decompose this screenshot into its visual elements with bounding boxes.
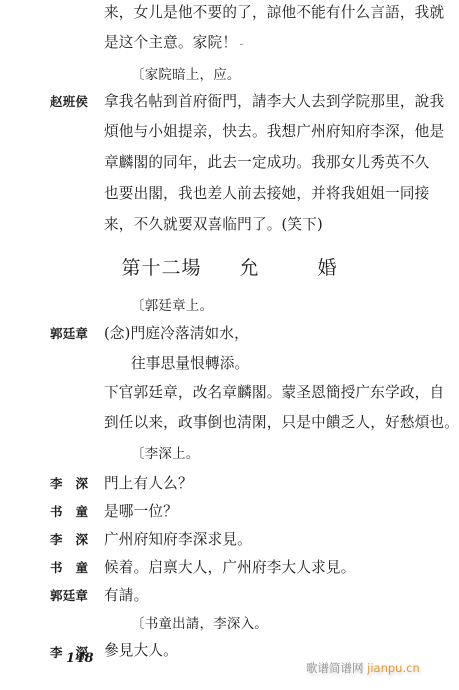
speaker-label: 李深 — [50, 530, 101, 550]
dialogue-line: 有請。 — [104, 586, 148, 606]
speech-line: 到任以来，政事倒也淸閑，只是中饋乏人，好愁煩也。 — [104, 413, 459, 433]
scene-number: 第十二場 — [121, 257, 201, 279]
dialogue-line: 广州府知府李深求見。 — [104, 530, 252, 550]
speaker-label: 郭廷章 — [50, 324, 88, 344]
dialogue-line: 參見大人。 — [104, 641, 178, 661]
page-number: 148 — [66, 649, 94, 669]
speech-line: 下官郭廷章，改名章麟閣。蒙圣恩簡授广东学政，自 — [104, 383, 444, 403]
speaker-label: 赵班侯 — [50, 92, 88, 112]
speaker-label: 书童 — [50, 558, 101, 578]
stage-direction: 〔家院暗上，应。 — [131, 65, 241, 85]
verse-line: 往事思量恨轉添。 — [131, 354, 249, 374]
speech-line: 煩他与小姐提亲，快去。我想广州府知府李深，他是 — [104, 122, 444, 142]
speck — [240, 44, 243, 45]
stage-direction: 〔李深上。 — [131, 444, 200, 464]
speech-line: 也要出閣，我也差人前去接她，并将我姐姐一同接 — [104, 184, 429, 204]
book-page: 倘未婚配，我不免将昭华許配于他，就是吕老头儿回 来，女儿是他不要的了，諒他不能有… — [0, 0, 459, 690]
dialogue-line: 候着。启禀大人，广州府李大人求見。 — [104, 558, 356, 578]
speech-line: 拿我名帖到首府衙門，請李大人去到学院那里，說我 — [104, 92, 444, 112]
watermark-en: jianpu.cn — [367, 661, 420, 675]
speaker-label: 书童 — [50, 502, 101, 522]
scene-title: 第十二場允婚 — [0, 258, 459, 278]
continuation-line: 来，女儿是他不要的了，諒他不能有什么言語，我就 — [104, 3, 444, 23]
watermark: 歌谱简谱网 jianpu.cn — [306, 660, 420, 676]
stage-direction: 〔郭廷章上。 — [131, 296, 213, 316]
watermark-cn: 歌谱简谱网 — [306, 661, 364, 675]
speech-line: 章麟閣的同年，此去一定成功。我那女儿秀英不久 — [104, 153, 429, 173]
scene-name-1: 允 — [239, 257, 259, 279]
verse-line: (念)門庭冷落淸如水， — [104, 324, 249, 344]
speaker-label: 李深 — [50, 474, 101, 494]
dialogue-line: 是哪一位？ — [104, 502, 178, 522]
speaker-label: 郭廷章 — [50, 586, 88, 606]
speech-line: 来，不久就要双喜临門了。(笑下) — [104, 215, 323, 235]
scene-name-2: 婚 — [318, 257, 338, 279]
stage-direction: 〔书童出請，李深入。 — [131, 614, 268, 634]
continuation-line: 是这个主意。家院！ — [104, 33, 237, 53]
dialogue-line: 門上有人么？ — [104, 474, 193, 494]
